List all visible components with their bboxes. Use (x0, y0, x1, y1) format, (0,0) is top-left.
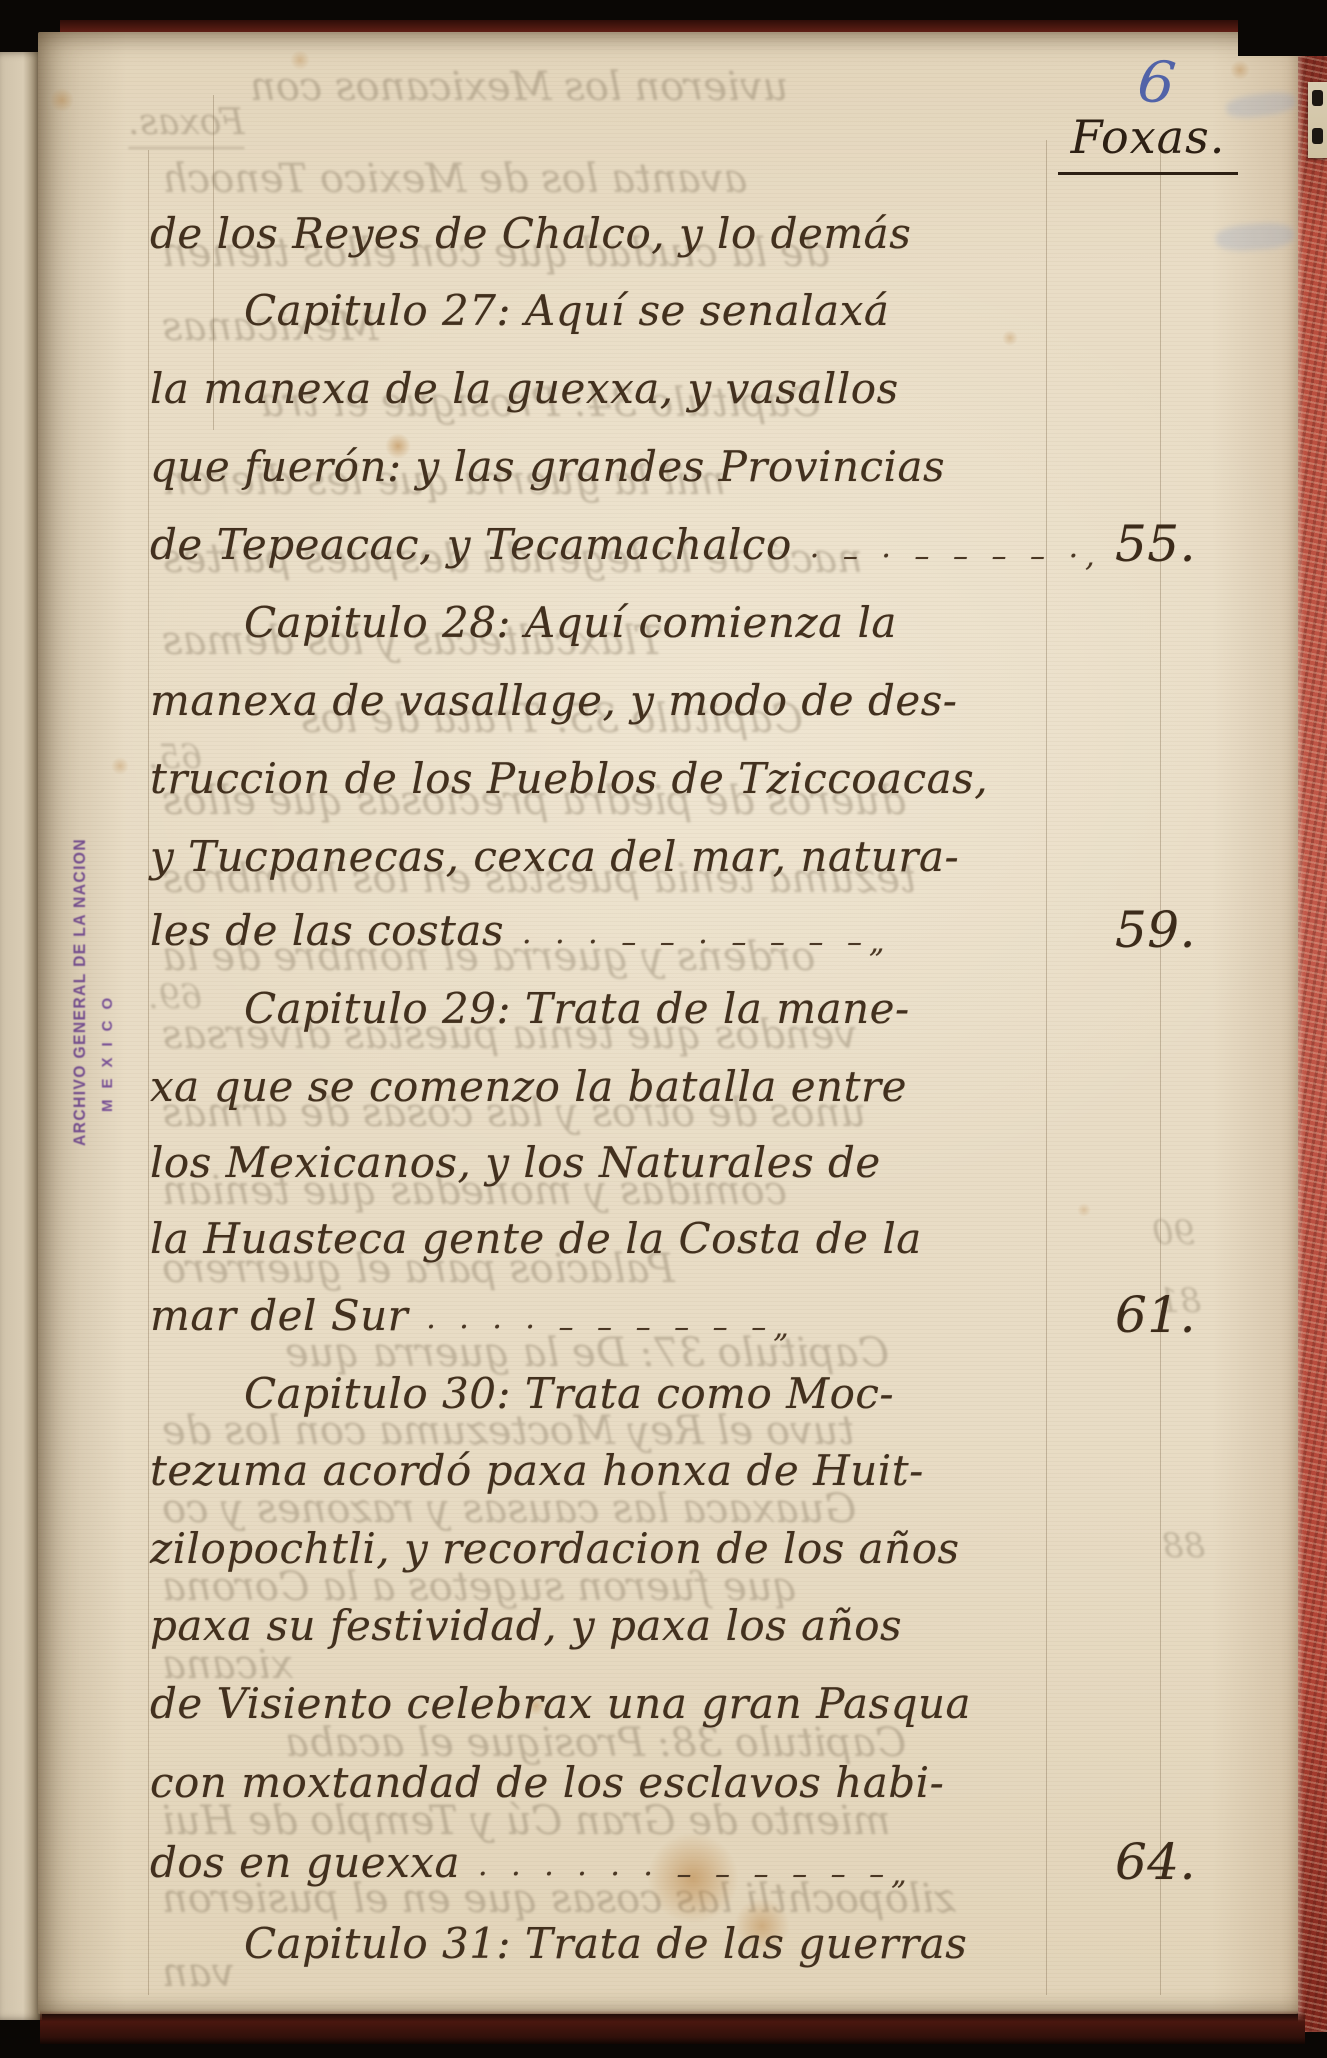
folio-number: 55. (1115, 515, 1196, 573)
toc-line-text: mar del Sur (150, 1291, 408, 1340)
toc-line: Capitulo 27: Aquí se senalaxá (150, 270, 1290, 350)
dot-leader: · · · · – – – – – –„ (426, 1310, 1101, 1355)
dot-leader: · – · – – – – ·, (810, 539, 1101, 584)
toc-line-text: Capitulo 30: Trata como Moc- (244, 1369, 894, 1418)
toc-line: los Mexicanos, y los Naturales de (150, 1122, 1196, 1202)
toc-line: Capitulo 29: Trata de la mane- (150, 968, 1290, 1048)
toc-line: xa que se comenzo la batalla entre (150, 1046, 1196, 1126)
toc-line-text: Capitulo 27: Aquí se senalaxá (244, 286, 889, 335)
toc-line-text: la manexa de la guexxa, y vasallos (150, 364, 899, 413)
book-cover-bottom-edge (40, 2010, 1305, 2044)
toc-line: la manexa de la guexxa, y vasallos (150, 348, 1196, 428)
toc-line: Capitulo 31: Trata de las guerras (150, 1903, 1290, 1983)
toc-line: truccion de los Pueblos de Tziccoacas, (150, 738, 1196, 818)
book-fore-edge (1298, 54, 1327, 2032)
table-of-contents: de los Reyes de Chalco, y lo demásCapitu… (38, 32, 1300, 2014)
toc-line: que fuerón: y las grandes Provincias (150, 426, 1196, 506)
toc-line: Capitulo 28: Aquí comienza la (150, 582, 1290, 662)
archive-stamp-line2: MEXICO (99, 854, 116, 1146)
folio-number: 64. (1115, 1833, 1196, 1891)
toc-line-text: de los Reyes de Chalco, y lo demás (150, 209, 911, 258)
toc-line: les de las costas· · · – – · – – – –„59. (150, 890, 1196, 970)
toc-line: de los Reyes de Chalco, y lo demás (150, 193, 1196, 273)
toc-line: tezuma acordó paxa honxa de Huit- (150, 1430, 1196, 1510)
toc-line-text: zilopochtli, y recordacion de los años (150, 1524, 960, 1573)
toc-line-text: de Tepeacac, y Tecamachalco (150, 520, 792, 569)
dot-leader: · · · · · · – – – – – –„ (478, 1857, 1101, 1902)
toc-line: Capitulo 30: Trata como Moc- (150, 1353, 1290, 1433)
toc-line: paxa su festividad, y paxa los años (150, 1585, 1196, 1665)
toc-line-text: truccion de los Pueblos de Tziccoacas, (150, 754, 988, 803)
toc-line-text: los Mexicanos, y los Naturales de (150, 1138, 881, 1187)
toc-line-text: Capitulo 31: Trata de las guerras (244, 1919, 967, 1968)
toc-line-text: que fuerón: y las grandes Provincias (150, 442, 945, 491)
toc-line-text: Capitulo 28: Aquí comienza la (244, 598, 897, 647)
toc-line-text: y Tucpanecas, cexca del mar, natura- (150, 832, 959, 881)
archive-stamp: ARCHIVO GENERAL DE LA NACION MEXICO (70, 854, 136, 1146)
spine-label-fragment (1308, 82, 1327, 158)
toc-line-text: paxa su festividad, y paxa los años (150, 1601, 902, 1650)
toc-line: dos en guexxa· · · · · · – – – – – –„64. (150, 1822, 1196, 1902)
toc-line-text: Capitulo 29: Trata de la mane- (244, 984, 910, 1033)
toc-line: manexa de vasallage, y modo de des- (150, 660, 1196, 740)
archive-stamp-line1: ARCHIVO GENERAL DE LA NACION (70, 877, 90, 1146)
toc-line-text: tezuma acordó paxa honxa de Huit- (150, 1446, 924, 1495)
background-corner (1238, 0, 1327, 56)
toc-line-text: les de las costas (150, 906, 504, 955)
toc-line-text: manexa de vasallage, y modo de des- (150, 676, 957, 725)
toc-line: zilopochtli, y recordacion de los años (150, 1508, 1196, 1588)
toc-line: la Huasteca gente de la Costa de la (150, 1198, 1196, 1278)
facing-page-edge (0, 52, 42, 2020)
folio-number: 61. (1115, 1286, 1196, 1344)
dot-leader: · · · – – · – – – –„ (522, 925, 1101, 970)
toc-line: de Visiento celebrax una gran Pasqua (150, 1663, 1196, 1743)
manuscript-page: Foxas.uvieron los Mexicanos conavanta lo… (38, 32, 1300, 2014)
photograph-of-manuscript: Foxas.uvieron los Mexicanos conavanta lo… (0, 0, 1327, 2058)
toc-line-text: la Huasteca gente de la Costa de la (150, 1214, 922, 1263)
toc-line-text: xa que se comenzo la batalla entre (150, 1062, 907, 1111)
toc-line: mar del Sur· · · · – – – – – –„61. (150, 1275, 1196, 1355)
toc-line-text: dos en guexxa (150, 1838, 460, 1887)
toc-line: de Tepeacac, y Tecamachalco· – · – – – –… (150, 504, 1196, 584)
toc-line: y Tucpanecas, cexca del mar, natura- (150, 816, 1196, 896)
toc-line-text: de Visiento celebrax una gran Pasqua (150, 1679, 971, 1728)
toc-line-text: con moxtandad de los esclavos habi- (150, 1758, 944, 1807)
toc-line: con moxtandad de los esclavos habi- (150, 1742, 1196, 1822)
folio-number: 59. (1115, 901, 1196, 959)
